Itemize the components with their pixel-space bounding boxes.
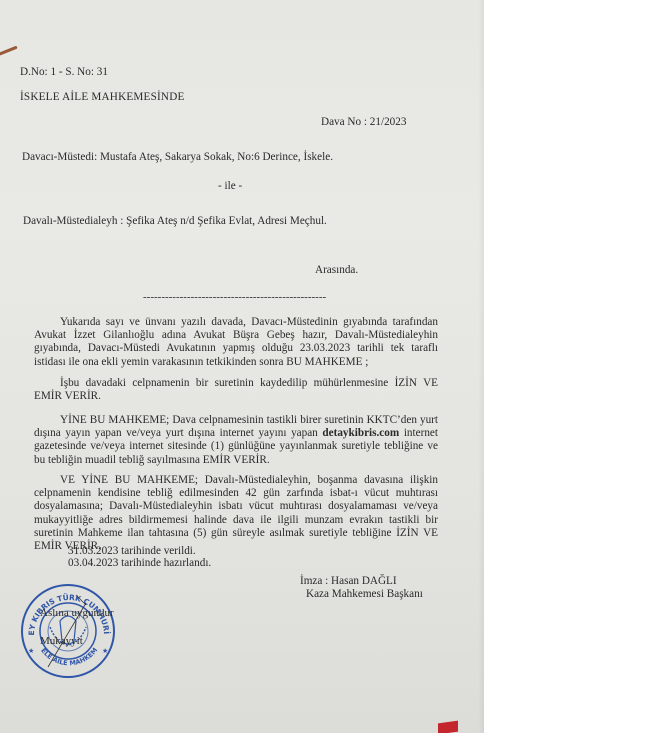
case-number: Dava No : 21/2023: [321, 116, 406, 129]
seal-emblem-icon: KUZEY KIBRIS TÜRK CUMHURİYETİ İSKELE AİL…: [20, 583, 116, 679]
signature-line: İmza : Hasan DAĞLI: [300, 575, 397, 588]
red-corner-object: [438, 721, 458, 733]
defendant-line: Davalı-Müstedialeyh : Şefika Ateş n/d Şe…: [23, 215, 327, 228]
prepared-date: 03.04.2023 tarihinde hazırlandı.: [68, 557, 211, 570]
court-seal-stamp: KUZEY KIBRIS TÜRK CUMHURİYETİ İSKELE AİL…: [20, 583, 116, 679]
newspaper-name: detaykibris.com: [322, 427, 399, 439]
reference-number: D.No: 1 - S. No: 31: [20, 66, 108, 79]
registrar-text: Mukayyit: [40, 635, 83, 647]
paragraph-preamble: Yukarıda sayı ve ünvanı yazılı davada, D…: [34, 316, 438, 369]
plaintiff-line: Davacı-Müstedi: Mustafa Ateş, Sakarya So…: [22, 151, 333, 164]
certified-copy-text: Aslına uygundur: [40, 607, 114, 619]
svg-text:★: ★: [28, 647, 34, 655]
arasinda-label: Arasında.: [315, 264, 358, 277]
paragraph-publication-order: YİNE BU MAHKEME; Dava celpnamesinin tast…: [34, 414, 438, 467]
court-document-page: D.No: 1 - S. No: 31 İSKELE AİLE MAHKEMES…: [0, 0, 484, 733]
ile-connector: - ile -: [218, 180, 242, 193]
svg-text:★: ★: [102, 647, 108, 655]
pen-mark: [0, 46, 18, 58]
separator-line: ----------------------------------------…: [143, 291, 326, 303]
signature-title: Kaza Mahkemesi Başkanı: [306, 588, 423, 601]
paragraph-notice-order: VE YİNE BU MAHKEME; Davalı-Müstedialeyhi…: [34, 474, 438, 553]
court-title: İSKELE AİLE MAHKEMESİNDE: [20, 91, 185, 104]
paragraph-seal-order: İşbu davadaki celpnamenin bir suretinin …: [34, 377, 438, 403]
